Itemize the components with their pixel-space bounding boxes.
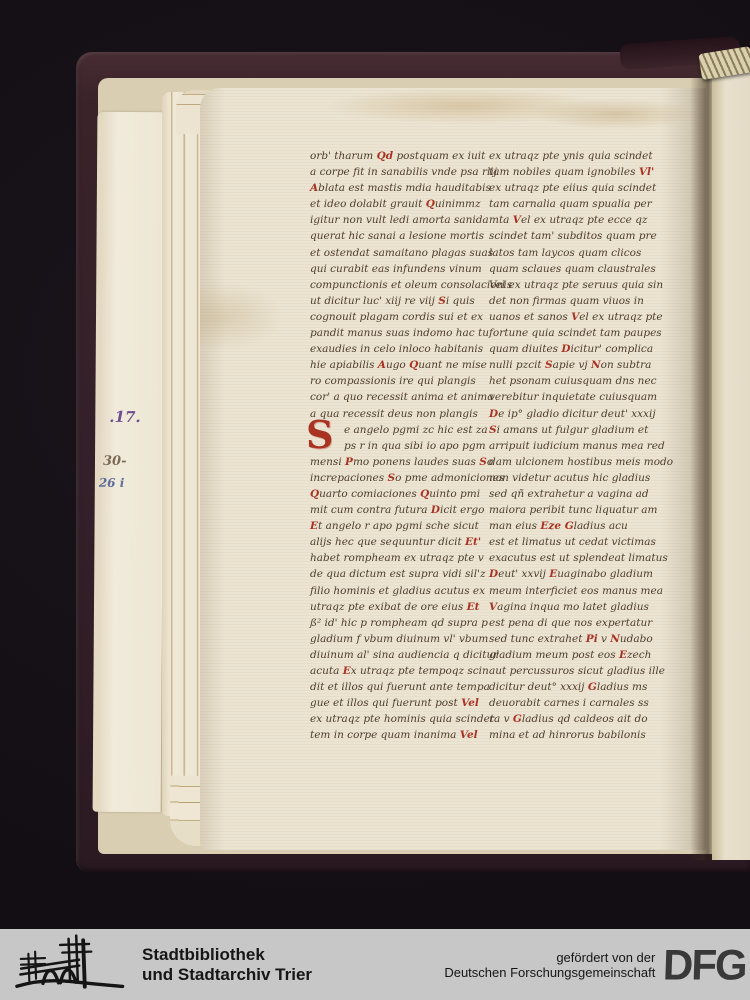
manuscript-line: utraqz pte exibat de ore eius Et <box>310 599 490 615</box>
manuscript-line: hie apiabilis Augo Quant ne mise <box>310 357 490 373</box>
manuscript-line: a corpe fit in sanabilis vnde psa rlij <box>310 164 490 180</box>
manuscript-line: igitur non vult ledi amorta sanida <box>310 212 490 228</box>
manuscript-line: gladium f vbum diuinum vl' vbum <box>310 631 490 647</box>
manuscript-line: deuorabit carnes i carnales ss <box>489 695 691 711</box>
manuscript-line: Vel ex utraqz pte seruus quia sin <box>489 277 691 293</box>
manuscript-line: maiora peribit tunc liquatur am <box>489 502 691 518</box>
manuscript-line: scindet tam' subditos quam pre <box>489 228 691 244</box>
institution-line2: und Stadtarchiv Trier <box>142 965 312 985</box>
manuscript-line: ex utraqz pte ynis quia scindet <box>489 148 691 164</box>
manuscript-line: ex utraqz pte eiius quia scindet <box>489 180 691 196</box>
manuscript-line: querat hic sanai a lesione mortis <box>310 228 490 244</box>
manuscript-line: et ostendat samaitano plagas suas <box>310 245 490 261</box>
manuscript-line: gue et illos qui fuerunt post Vel <box>310 695 490 711</box>
manuscript-line: sed qñ extrahetur a vagina ad <box>489 486 691 502</box>
manuscript-line: de qua dictum est supra vidi sil'z <box>310 566 490 582</box>
manuscript-line: Deut' xxvij Euaginabo gladium <box>489 566 691 582</box>
manuscript-line: verebitur inquietate cuiusquam <box>489 389 691 405</box>
manuscript-line: increpaciones So pme admoniciones <box>310 470 490 486</box>
dfg-logo: DFG <box>663 940 747 989</box>
manuscript-line: orb' tharum Qd postquam ex iuit <box>310 148 490 164</box>
manuscript-line: mensi Pmo ponens laudes suas So <box>310 454 490 470</box>
manuscript-line: det non firmas quam viuos in <box>489 293 691 309</box>
manuscript-line: het psonam cuiusquam dns nec <box>489 373 691 389</box>
library-bridge-logo-icon <box>9 931 129 997</box>
manuscript-line: man eius Eze Gladius acu <box>489 518 691 534</box>
manuscript-column-left: orb' tharum Qd postquam ex iuita corpe f… <box>310 148 490 743</box>
manuscript-line: exacutus est ut splendeat limatus <box>489 550 691 566</box>
manuscript-line: nulli pzcit Sapie vj Non subtra <box>489 357 691 373</box>
funding-credit: gefördert von der Deutschen Forschungsge… <box>444 950 655 980</box>
institution-name: Stadtbibliothek und Stadtarchiv Trier <box>142 945 312 985</box>
manuscript-line: arripuit iudicium manus mea red <box>489 438 691 454</box>
manuscript-line: Et angelo r apo pgmi sche sicut <box>310 518 490 534</box>
manuscript-line: ut dicitur luc' xiij re viij Si quis <box>310 293 490 309</box>
manuscript-line: tam nobiles quam ignobiles Vl' <box>489 164 691 180</box>
manuscript-line: quam sclaues quam claustrales <box>489 261 691 277</box>
manuscript-line: ra v Gladius qd caldeos ait do <box>489 711 691 727</box>
manuscript-line: sed tunc extrahet Pi v Nudabo <box>489 631 691 647</box>
manuscript-line: mit cum contra futura Dicit ergo <box>310 502 490 518</box>
manuscript-line: uanos et sanos Vel ex utraqz pte <box>489 309 691 325</box>
manuscript-line: filio hominis et gladius acutus ex <box>310 583 490 599</box>
manuscript-line: alijs hec que sequuntur dicit Et' <box>310 534 490 550</box>
manuscript-line: Quarto comiaciones Quinto pmi <box>310 486 490 502</box>
footer-banner: Stadtbibliothek und Stadtarchiv Trier ge… <box>0 929 750 1000</box>
photo-background: .17. 30- 26 i orb' tharum Qd postquam ex… <box>0 0 750 930</box>
funding-line1: gefördert von der <box>444 950 655 965</box>
manuscript-line: ex utraqz pte hominis quia scindet <box>310 711 490 727</box>
manuscript-line: tam carnalia quam spualia per <box>489 196 691 212</box>
manuscript-line: De ip° gladio dicitur deut' xxxij <box>489 406 691 422</box>
manuscript-line: quam diuites Dicitur' complica <box>489 341 691 357</box>
rubricated-initial: S <box>306 418 333 452</box>
manuscript-line: qui curabit eas infundens vinum <box>310 261 490 277</box>
manuscript-line: mina et ad hinrorus babilonis <box>489 727 691 743</box>
manuscript-line: exaudies in celo inloco habitanis <box>310 341 490 357</box>
manuscript-line: ps r in qua sibi io apo pgm <box>310 438 490 454</box>
marginal-note-pencil-2: 26 i <box>99 476 125 490</box>
manuscript-line: et ideo dolabit grauit Quinimmz <box>310 196 490 212</box>
manuscript-line: compunctionis et oleum consolacionis <box>310 277 490 293</box>
manuscript-line: Ablata est mastis mdia hauditabis <box>310 180 490 196</box>
manuscript-line: est et limatus ut cedat victimas <box>489 534 691 550</box>
marginal-note-folio: .17. <box>109 408 140 426</box>
funding-line2: Deutschen Forschungsgemeinschaft <box>444 965 655 980</box>
gutter-shadow <box>690 60 714 860</box>
institution-line1: Stadtbibliothek <box>142 945 312 965</box>
manuscript-line: acuta Ex utraqz pte tempoqz scin <box>310 663 490 679</box>
manuscript-line: habet rompheam ex utraqz pte v <box>310 550 490 566</box>
manuscript-line: Si amans ut fulgur gladium et <box>489 422 691 438</box>
facing-page-edge <box>712 64 750 860</box>
manuscript-line: tem in corpe quam inanima Vel <box>310 727 490 743</box>
manuscript-line: fortune quia scindet tam paupes <box>489 325 691 341</box>
manuscript-line: Vagina inqua mo latet gladius <box>489 599 691 615</box>
manuscript-line: gladium meum post eos Ezech <box>489 647 691 663</box>
manuscript-line: mta Vel ex utraqz pte ecce qz <box>489 212 691 228</box>
manuscript-line: pandit manus suas indomo hac tu <box>310 325 490 341</box>
manuscript-line: ß² id' hic p rompheam qd supra p <box>310 615 490 631</box>
manuscript-line: est pena di que nos expertatur <box>489 615 691 631</box>
manuscript-line: cor' a quo recessit anima et anima <box>310 389 490 405</box>
manuscript-line: dicitur deut° xxxij Gladius ms <box>489 679 691 695</box>
manuscript-line: diuinum al' sina audiencia q dicitur <box>310 647 490 663</box>
page-slip: .17. 30- 26 i <box>93 112 166 812</box>
manuscript-line: non videtur acutus hic gladius <box>489 470 691 486</box>
manuscript-line: ro compassionis ire qui plangis <box>310 373 490 389</box>
manuscript-line: dam ulcionem hostibus meis modo <box>489 454 691 470</box>
manuscript-column-right: ex utraqz pte ynis quia scindettam nobil… <box>489 148 691 743</box>
manuscript-line: aut percussuros sicut gladius ille <box>489 663 691 679</box>
manuscript-line: meum interficiet eos manus mea <box>489 583 691 599</box>
manuscript-line: dit et illos qui fuerunt ante tempa <box>310 679 490 695</box>
marginal-note-pencil: 30- <box>103 454 127 469</box>
manuscript-line: e angelo pgmi zc hic est za <box>310 422 490 438</box>
manuscript-line: cognouit plagam cordis sui et ex <box>310 309 490 325</box>
manuscript-line: a qua recessit deus non plangis <box>310 406 490 422</box>
manuscript-line: latos tam laycos quam clicos <box>489 245 691 261</box>
